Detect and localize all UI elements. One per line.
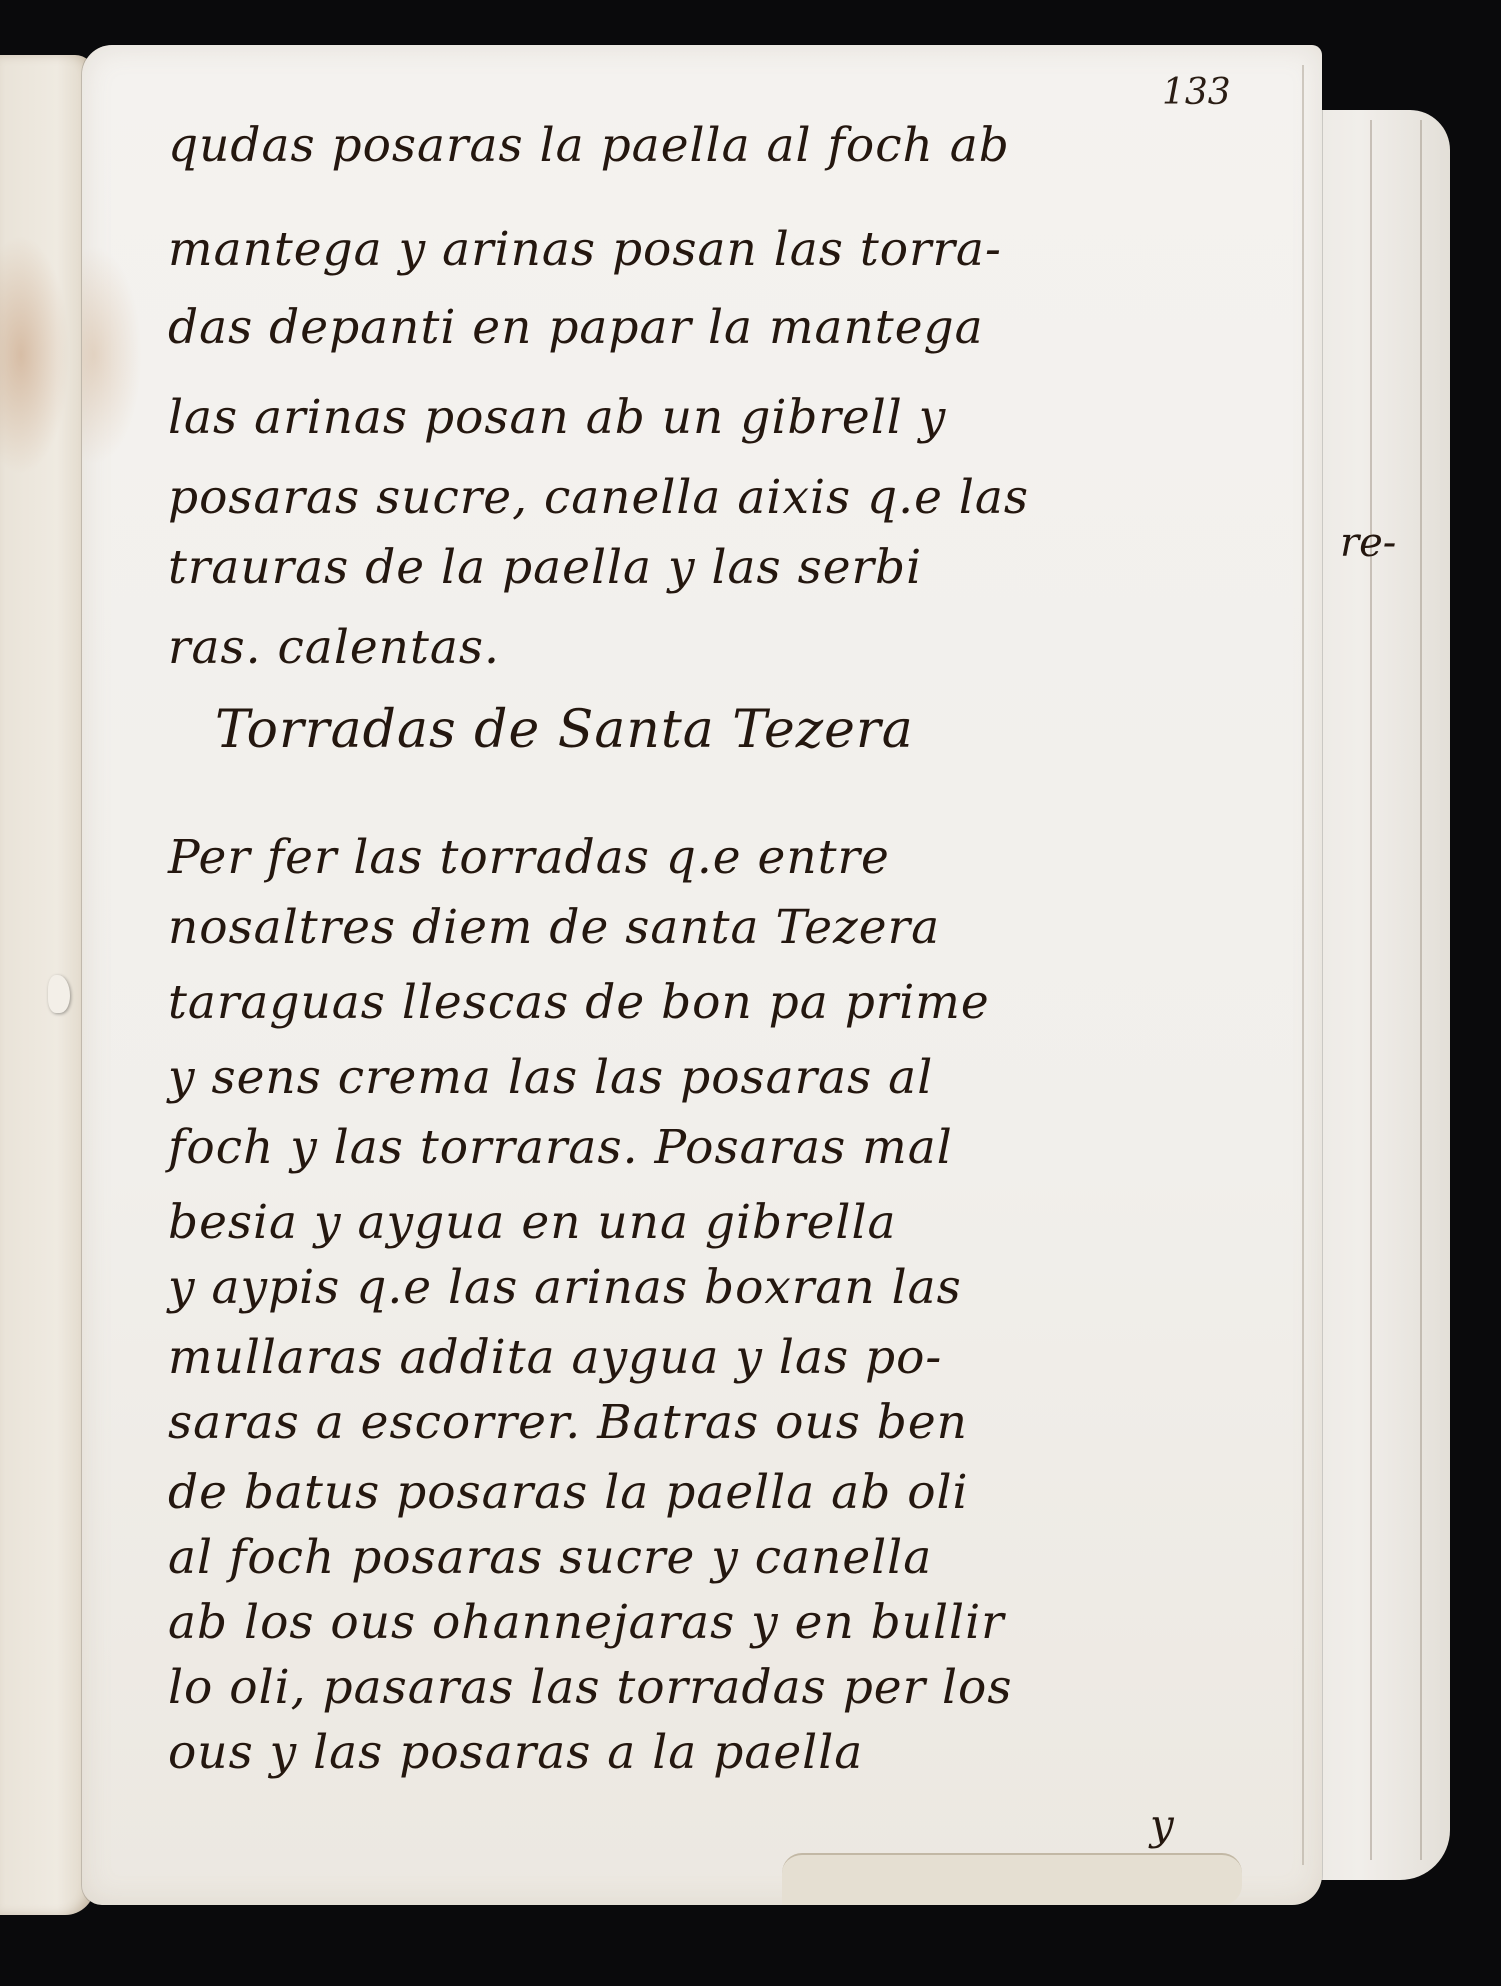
underlying-page-edges [1300,110,1450,1880]
recipe-title: Torradas de Santa Tezera [215,700,914,760]
text-line: saras a escorrer. Batras ous ben [168,1395,968,1450]
text-line: taraguas llescas de bon pa prime [168,975,990,1030]
text-line: de batus posaras la paella ab oli [168,1465,969,1520]
page-fold-line [1302,65,1304,1865]
text-line: ab los ous ohannejaras y en bullir [168,1595,1005,1650]
text-line: Per fer las torradas q.e entre [168,830,890,885]
catchword: y [1150,1800,1174,1849]
text-line: ras. calentas. [168,620,500,675]
text-line: y aypis q.e las arinas boxran las [168,1260,962,1315]
water-stain [0,235,70,475]
margin-stain [82,245,142,465]
text-line: mullaras addita aygua y las po- [168,1330,942,1385]
text-line: qudas posaras la paella al foch ab [168,118,1010,173]
text-line: lo oli, pasaras las torradas per los [168,1660,1012,1715]
page-bottom-damage [782,1853,1242,1905]
paper-tear [48,975,70,1013]
folio-number: 133 [1162,72,1231,113]
margin-text-fragment: re- [1340,520,1396,566]
text-line: das depanti en papar la mantega [168,300,984,355]
text-line: las arinas posan ab un gibrell y [168,390,946,445]
text-line: posaras sucre, canella aixis q.e las [168,470,1029,525]
text-line: ous y las posaras a la paella [168,1725,863,1780]
text-line: nosaltres diem de santa Tezera [168,900,940,955]
text-line: y sens crema las las posaras al [168,1050,933,1105]
text-line: besia y aygua en una gibrella [168,1195,897,1250]
facing-left-page [0,55,95,1915]
text-line: trauras de la paella y las serbi [168,540,922,595]
text-line: al foch posaras sucre y canella [168,1530,932,1585]
text-line: mantega y arinas posan las torra- [168,222,1002,277]
page-edge-line [1370,120,1372,1860]
page-edge-line [1420,120,1422,1860]
text-line: foch y las torraras. Posaras mal [168,1120,953,1175]
